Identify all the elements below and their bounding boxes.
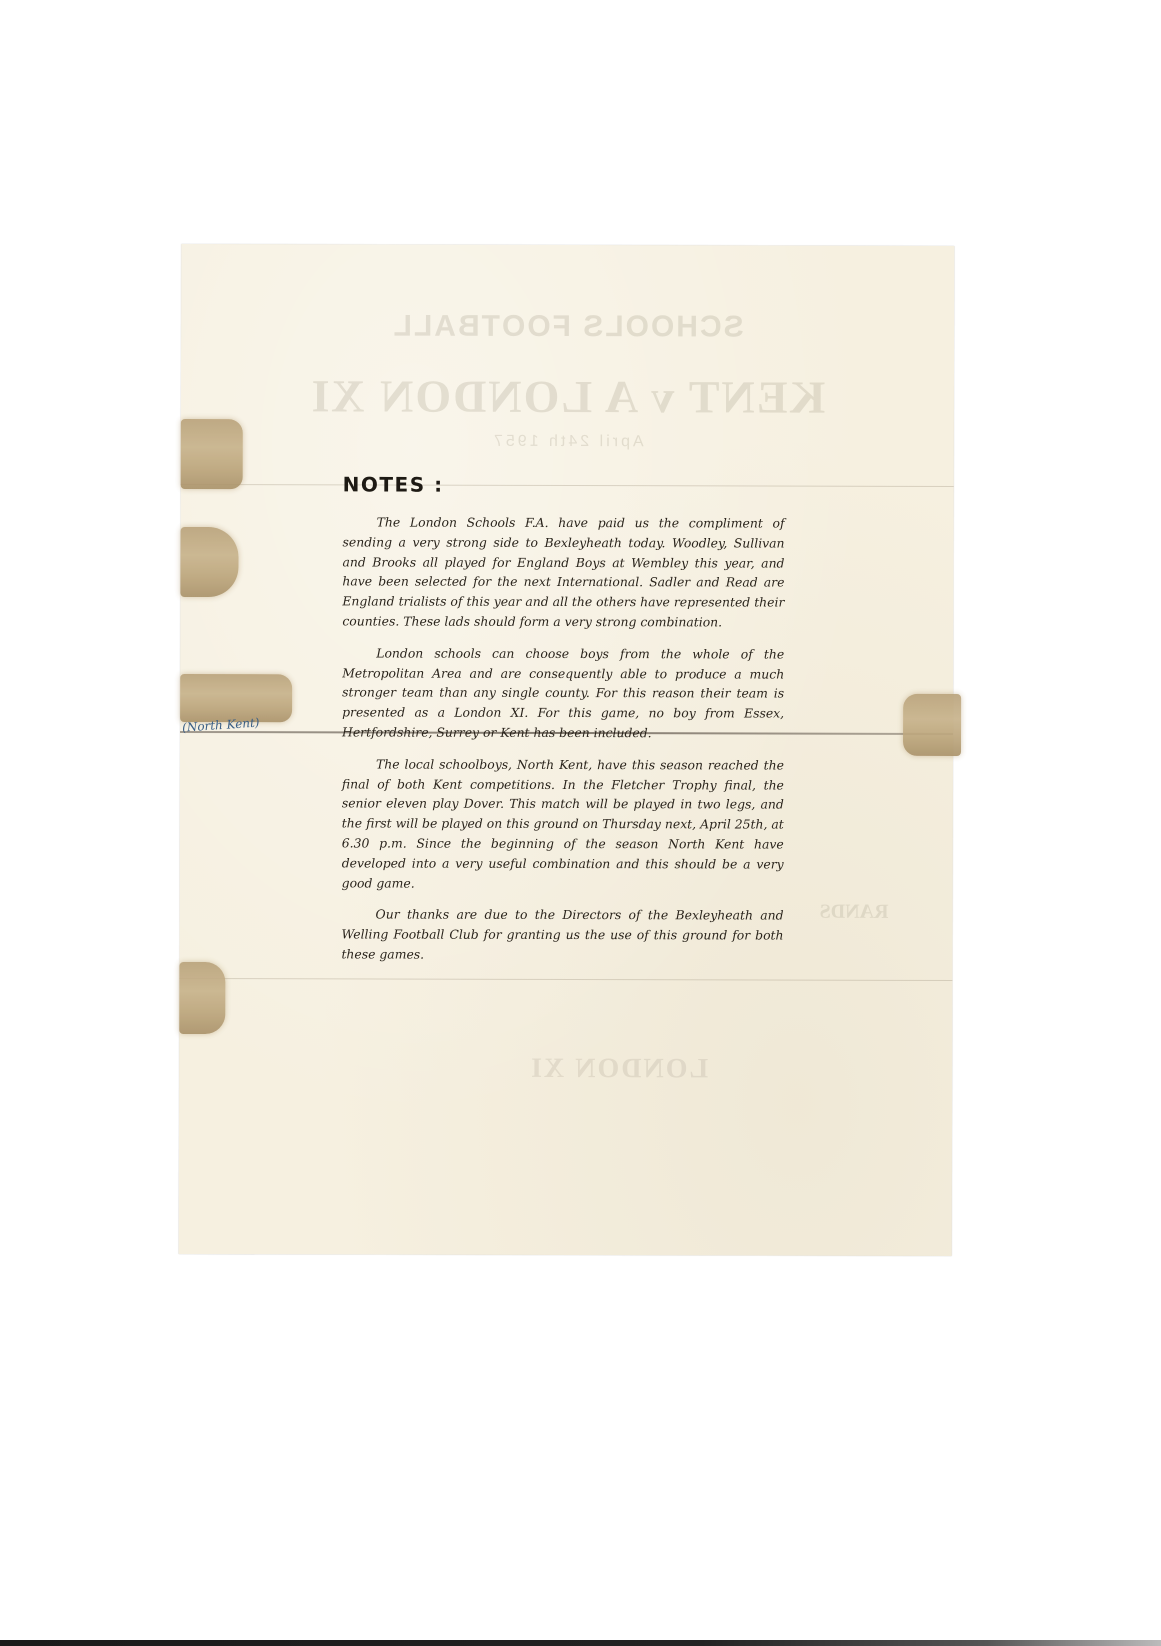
notes-paragraph: London schools can choose boys from the … <box>342 643 784 743</box>
notes-paragraph: The London Schools F.A. have paid us the… <box>342 512 784 632</box>
notes-paragraph: The local schoolboys, North Kent, have t… <box>342 754 784 894</box>
scanner-edge-bar <box>0 1640 1161 1646</box>
fold-crease-bottom <box>179 978 952 981</box>
tape-strip <box>903 694 961 756</box>
tape-strip <box>179 962 225 1034</box>
show-through-date: April 24th 1957 <box>181 432 954 452</box>
show-through-lineup: RANDS <box>820 901 889 924</box>
show-through-title: SCHOOLS FOOTBALL <box>181 309 954 345</box>
notes-heading: NOTES : <box>343 472 785 497</box>
tape-strip <box>180 527 238 597</box>
tape-strip <box>180 674 292 722</box>
show-through-team: LONDON XI <box>529 1053 708 1085</box>
tape-strip <box>181 419 243 489</box>
programme-sheet: SCHOOLS FOOTBALL KENT v A LONDON XI Apri… <box>179 244 955 1256</box>
notes-paragraph: Our thanks are due to the Directors of t… <box>341 905 783 966</box>
notes-section: NOTES : The London Schools F.A. have pai… <box>341 472 784 977</box>
show-through-match: KENT v A LONDON XI <box>181 369 954 424</box>
